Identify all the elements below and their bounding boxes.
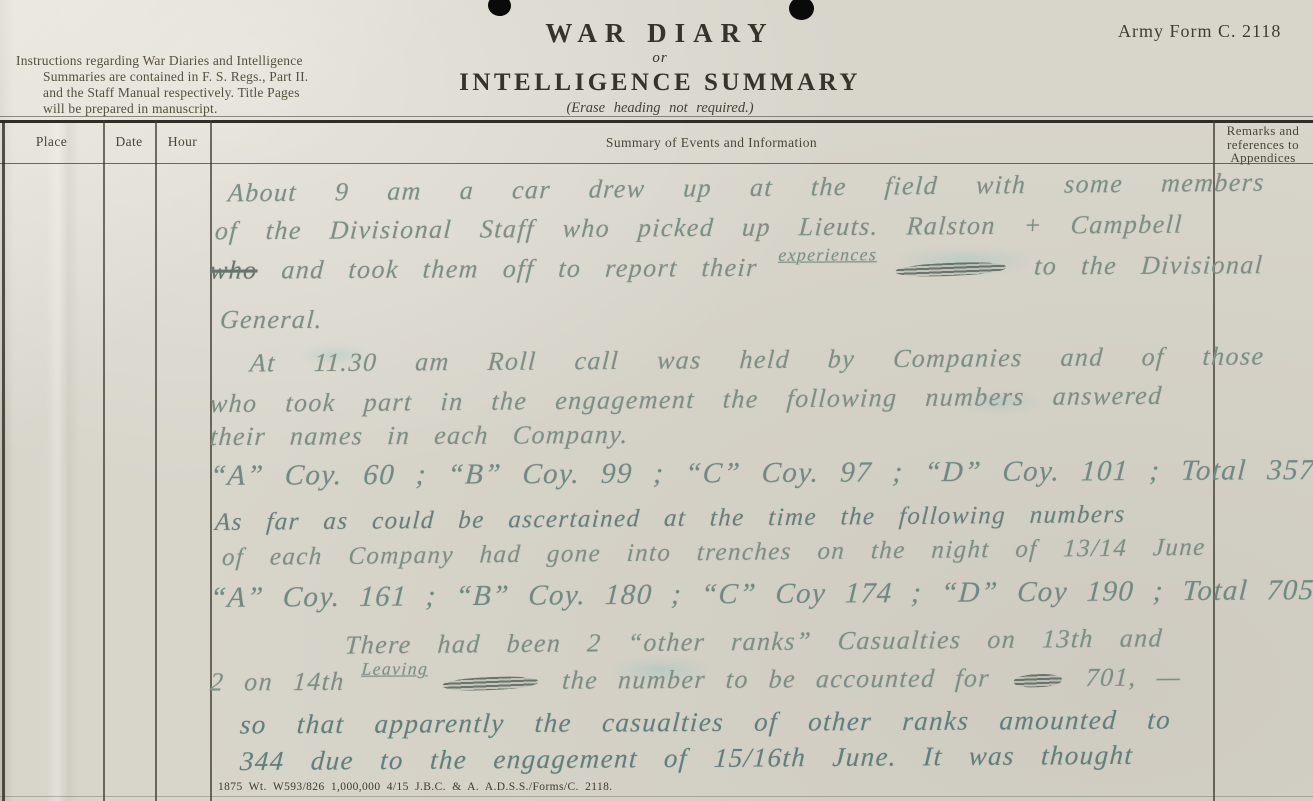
table-header-bottom-rule [0,163,1313,164]
handwriting-text: At 11.30 am Roll call was held by Compan… [249,341,1265,377]
handwriting-text: There had been 2 “other ranks” Casualtie… [344,623,1164,659]
handwritten-line: of each Company had gone into trenches o… [221,534,1206,572]
column-header-summary: Summary of Events and Information [210,135,1213,151]
handwritten-line: 2 on 14th Leaving the number to be accou… [209,662,1182,697]
handwritten-line: 344 due to the engagement of 15/16th Jun… [239,740,1134,777]
inserted-word: experiences [778,244,878,266]
form-title-intelligence-summary: INTELLIGENCE SUMMARY [420,69,900,97]
paper-crease [46,120,80,801]
handwriting-text: About 9 am a car drew up at the field wi… [227,168,1266,208]
handwritten-line: There had been 2 “other ranks” Casualtie… [344,623,1164,660]
summary-entries: About 9 am a car drew up at the field wi… [210,165,1213,801]
form-title-war-diary: WAR DIARY [420,18,900,49]
table-left-edge-rule [2,120,5,801]
handwritten-line: of the Divisional Staff who picked up Li… [214,210,1184,247]
handwriting-text: As far as could be ascertained at the ti… [214,501,1126,536]
handwriting-text: who took part in the engagement the foll… [209,381,1163,418]
column-header-date: Date [103,134,155,150]
form-title-or: or [420,50,900,67]
divider-place-date [103,120,105,801]
column-header-remarks: Remarks andreferences toAppendices [1215,124,1311,165]
handwriting-text: “A” Coy. 60 ; “B” Coy. 99 ; “C” Coy. 97 … [209,454,1313,492]
army-form-number: Army Form C. 2118 [1118,21,1281,42]
column-header-remarks-line: Remarks and [1215,124,1311,138]
divider-date-hour [155,120,157,801]
handwriting-text: 344 due to the engagement of 15/16th Jun… [239,740,1134,776]
scribbled-out-word [896,260,1007,277]
column-header-place: Place [0,134,103,150]
column-header-remarks-line: references to [1215,138,1311,152]
handwriting-text: the number to be accounted for [561,663,991,694]
handwritten-line: At 11.30 am Roll call was held by Compan… [249,341,1265,378]
printers-imprint: 1875 Wt. W593/826 1,000,000 4/15 J.B.C. … [218,781,613,793]
table-top-rule-thick [0,120,1313,123]
handwriting-text: “A” Coy. 161 ; “B” Coy. 180 ; “C” Coy 17… [209,574,1313,614]
column-header-remarks-line: Appendices [1215,151,1311,165]
scribbled-out-word [1013,673,1061,688]
handwritten-line: About 9 am a car drew up at the field wi… [227,168,1266,209]
handwritten-line: “A” Coy. 60 ; “B” Coy. 99 ; “C” Coy. 97 … [209,454,1313,493]
handwriting-text: so that apparently the casualties of oth… [239,705,1172,740]
handwriting-text: and took them off to report their [281,253,759,285]
handwritten-line: As far as could be ascertained at the ti… [214,501,1126,537]
scribbled-out-word [443,675,539,692]
form-masthead: WAR DIARY or INTELLIGENCE SUMMARY (Erase… [420,18,900,117]
form-instructions-line: will be prepared in manuscript. [16,101,386,117]
form-instructions-line: Instructions regarding War Diaries and I… [16,53,386,69]
handwriting-text: General. [219,305,324,334]
hole-punch-right [789,0,814,20]
form-instructions-line: and the Staff Manual respectively. Title… [16,85,386,101]
form-erase-note: (Erase heading not required.) [420,100,900,117]
handwritten-line: “A” Coy. 161 ; “B” Coy. 180 ; “C” Coy 17… [209,574,1313,615]
handwritten-line: their names in each Company. [209,420,630,452]
handwritten-line: who and took them off to report their ex… [209,250,1264,286]
struck-word: who [209,256,258,285]
handwriting-text: 2 on 14th [209,667,346,697]
hole-punch-left [487,0,513,17]
handwritten-line: who took part in the engagement the foll… [209,381,1163,419]
handwritten-line: General. [219,305,324,335]
handwritten-line: so that apparently the casualties of oth… [239,705,1172,741]
handwriting-text: of each Company had gone into trenches o… [221,534,1206,571]
column-header-hour: Hour [155,134,210,150]
handwriting-text: to the Divisional [1033,250,1264,280]
inserted-word: Leaving [361,658,429,679]
handwriting-text: their names in each Company. [209,420,630,451]
form-instructions: Instructions regarding War Diaries and I… [16,53,386,117]
handwriting-text: 701, — [1085,662,1182,692]
form-instructions-line: Summaries are contained in F. S. Regs., … [16,69,386,85]
handwriting-text: of the Divisional Staff who picked up Li… [214,210,1184,246]
